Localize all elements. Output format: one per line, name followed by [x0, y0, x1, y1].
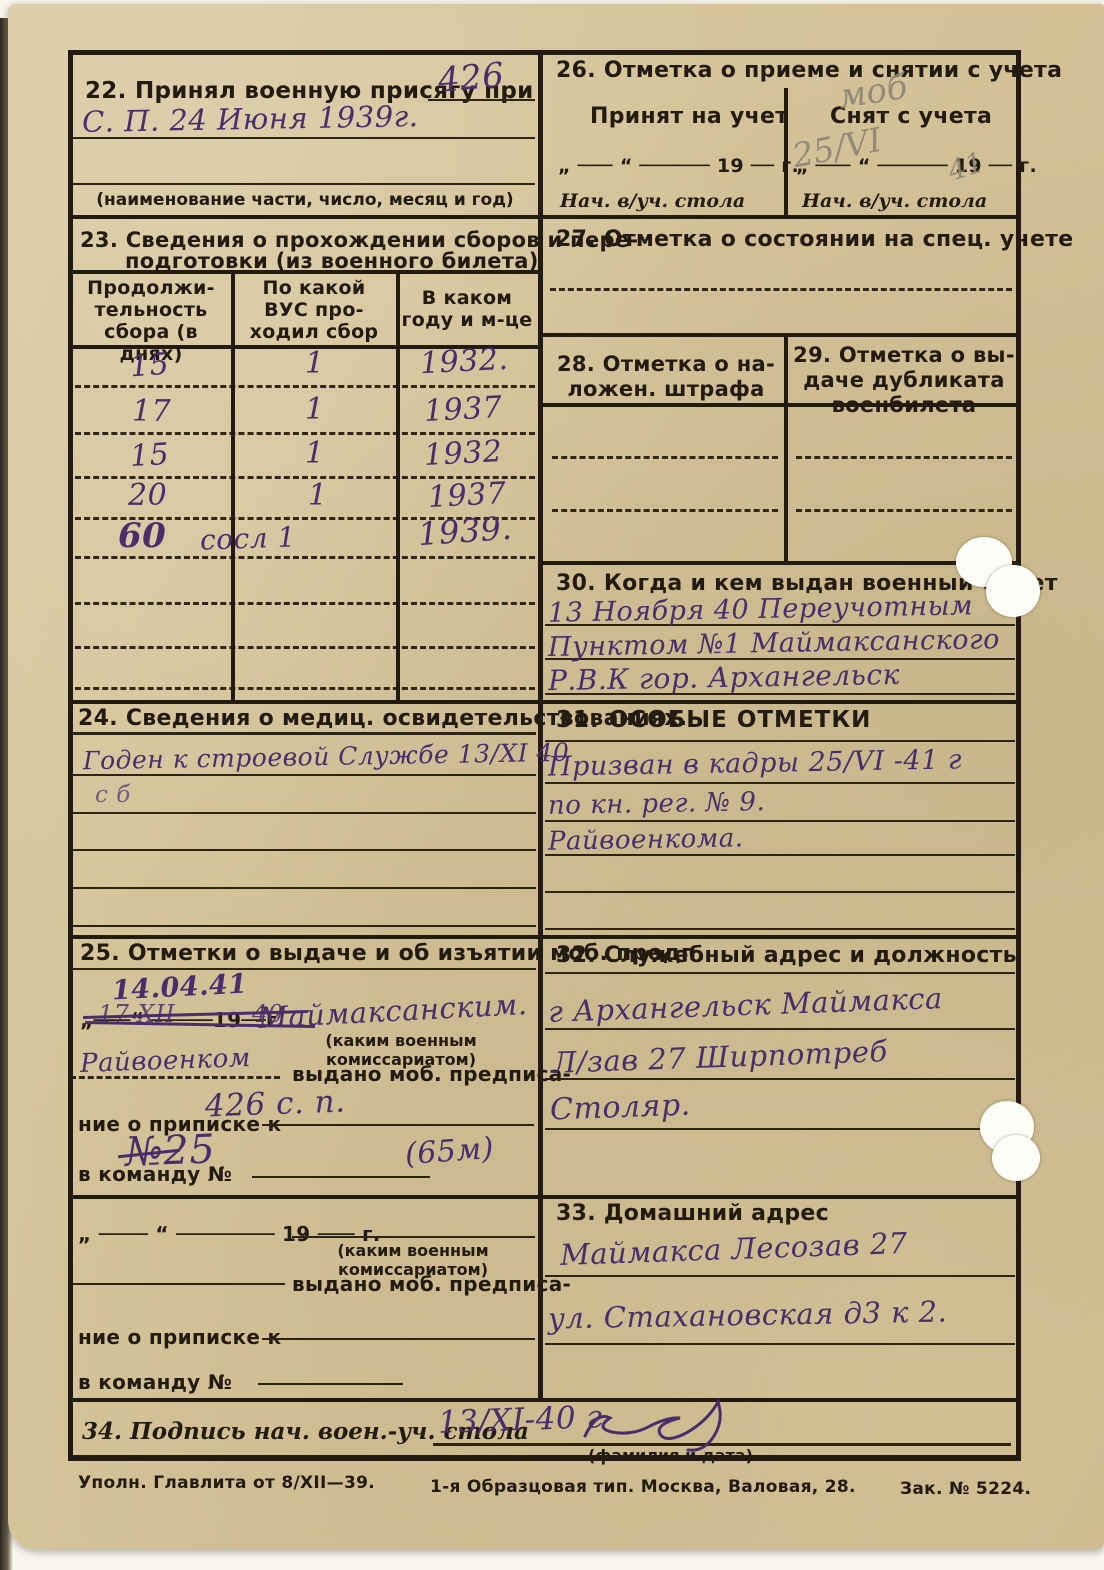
s29-line1 — [796, 456, 1012, 459]
s25b-vydano-text: выдано моб. предписа- — [292, 1272, 571, 1296]
s23-table-top — [68, 270, 538, 274]
s24-line1 — [70, 774, 536, 776]
s25-title-rule — [70, 968, 536, 970]
table-cell: 15 — [129, 437, 170, 474]
s22-caption: (наименование части, число, месяц и год) — [80, 190, 530, 210]
s28-title: 28. Отметка о на- ложен. штрафа — [552, 352, 780, 402]
s23-header-col3: В каком году и м-це — [398, 288, 536, 332]
s31-handwriting-2: по кн. рег. № 9. — [548, 787, 766, 821]
table-cell: 1937 — [423, 390, 503, 429]
s25-vydano-text: выдано моб. предписа- — [292, 1062, 571, 1086]
footer-printer: 1-я Образцовая тип. Москва, Валовая, 28. — [430, 1477, 856, 1497]
hole-punch-top-b — [986, 565, 1040, 617]
s23-coldiv-2 — [396, 270, 400, 700]
s23-rowline-7 — [75, 646, 535, 649]
s22-line3 — [72, 183, 535, 185]
s26-left-date-template: „ ─── “ ────── 19 ── г. — [558, 155, 799, 177]
s23-rowline-1 — [75, 385, 535, 388]
border-row3 — [68, 935, 1021, 939]
s24-line3 — [70, 849, 536, 851]
s31-handwriting-3: Райвоенкома. — [548, 823, 744, 856]
frame-top — [68, 50, 1021, 55]
s32-title: 32. Служебный адрес и должность — [556, 943, 1017, 968]
military-registration-card: 22. Принял военную присягу при 426 С. П.… — [0, 0, 1104, 1570]
s2829-header-bottom — [538, 403, 1021, 407]
table-cell: 60 — [118, 516, 166, 556]
s32-line3 — [545, 1128, 1015, 1130]
border-row4 — [68, 1195, 1021, 1199]
s32-line1 — [545, 1028, 1015, 1030]
s27-title: 27. Отметка о состоянии на спец. учете — [556, 227, 1073, 252]
s25b-nie-line — [262, 1338, 535, 1340]
s2829-divider — [784, 333, 788, 561]
table-cell: 17 — [132, 394, 171, 429]
s26-left-sig-label: Нач. в/уч. стола — [560, 190, 745, 212]
s32-handwriting-3: Столяр. — [549, 1088, 691, 1128]
table-cell: 1 — [305, 436, 325, 471]
border-row1 — [68, 215, 1021, 219]
column-divider — [538, 50, 543, 1402]
s24-title-rule — [70, 732, 536, 735]
s25b-komanda-line — [258, 1383, 403, 1385]
s24-line5 — [70, 925, 536, 927]
s23-rowline-5 — [75, 556, 535, 559]
s33-handwriting-2: ул. Стахановская д3 к 2. — [548, 1295, 948, 1336]
table-cell: 1939. — [417, 509, 514, 553]
s24-handwriting-2: с б — [95, 782, 131, 808]
table-cell: 1932 — [423, 434, 503, 473]
s23-header-col2: По какой ВУС про- ходил сбор — [234, 278, 394, 344]
s25-team-note-handwriting: (65м) — [404, 1131, 495, 1172]
s25b-line2 — [70, 1283, 285, 1285]
s23-coldiv-1 — [231, 270, 235, 700]
s29-title: 29. Отметка о вы- даче дубликата военбил… — [793, 343, 1015, 419]
footer-censor: Уполн. Главлита от 8/XII—39. — [78, 1473, 375, 1493]
s2829-bottom — [538, 561, 1021, 565]
s23-rowline-2 — [75, 432, 535, 435]
s22-unit-handwriting: 426 — [436, 55, 506, 101]
s22-date-handwriting: С. П. 24 Июня 1939г. — [82, 99, 419, 139]
s31-line4 — [545, 891, 1015, 893]
s24-line2 — [70, 812, 536, 814]
s28-line1 — [552, 456, 778, 459]
s30-handwriting-3: Р.В.К гор. Архангельск — [548, 658, 900, 697]
table-cell: сосл 1 — [199, 520, 296, 556]
s25-komanda-line — [252, 1176, 430, 1178]
s33-line2 — [545, 1343, 1015, 1345]
frame-right — [1016, 50, 1021, 1461]
footer-order-number: Зак. № 5224. — [900, 1479, 1031, 1499]
s26-title: 26. Отметка о приеме и снятии с учета — [556, 58, 1062, 83]
s29-line2 — [796, 509, 1012, 512]
s25b-nie-text: ние о приписке к — [78, 1325, 281, 1349]
frame-bottom — [68, 1455, 1021, 1461]
s26-right-sig-label: Нач. в/уч. стола — [802, 190, 987, 212]
s23-rowline-6 — [75, 602, 535, 605]
s31-line1 — [545, 782, 1015, 784]
s25-unit-handwriting: 426 с. п. — [204, 1084, 346, 1125]
s31-title-rule — [545, 740, 1015, 742]
table-cell: 1 — [305, 392, 325, 427]
s31-line5 — [545, 928, 1015, 930]
s31-title: 31. ОСОБЫЕ ОТМЕТКИ — [556, 707, 871, 733]
frame-left — [68, 50, 73, 1461]
table-cell: 1 — [305, 346, 325, 381]
s25-rvk-handwriting: Райвоенком — [80, 1043, 252, 1079]
table-cell: 20 — [128, 478, 167, 513]
s26-left-title: Принят на учет — [590, 104, 788, 129]
table-cell: 1 — [308, 478, 328, 513]
s27-bottom — [538, 333, 1021, 337]
s23-rowline-8 — [75, 687, 535, 690]
s25b-komanda-text: в команду № — [78, 1370, 232, 1394]
s32-line2 — [545, 1078, 1015, 1080]
s26-divider — [784, 88, 788, 215]
s32-title-rule — [545, 972, 1015, 974]
s33-line1 — [545, 1275, 1015, 1277]
s28-line2 — [552, 509, 778, 512]
s24-line4 — [70, 887, 536, 889]
table-cell: 15 — [129, 347, 171, 385]
s34-signature-scribble — [575, 1396, 785, 1456]
s25-nie-line — [262, 1124, 534, 1126]
s33-title: 33. Домашний адрес — [556, 1201, 829, 1226]
s31-line2 — [545, 820, 1015, 822]
table-cell: 1932. — [419, 342, 509, 382]
s25b-line1 — [292, 1236, 535, 1238]
s27-line — [550, 288, 1012, 291]
border-row2 — [68, 700, 1021, 704]
hole-punch-bottom-b — [992, 1135, 1040, 1181]
